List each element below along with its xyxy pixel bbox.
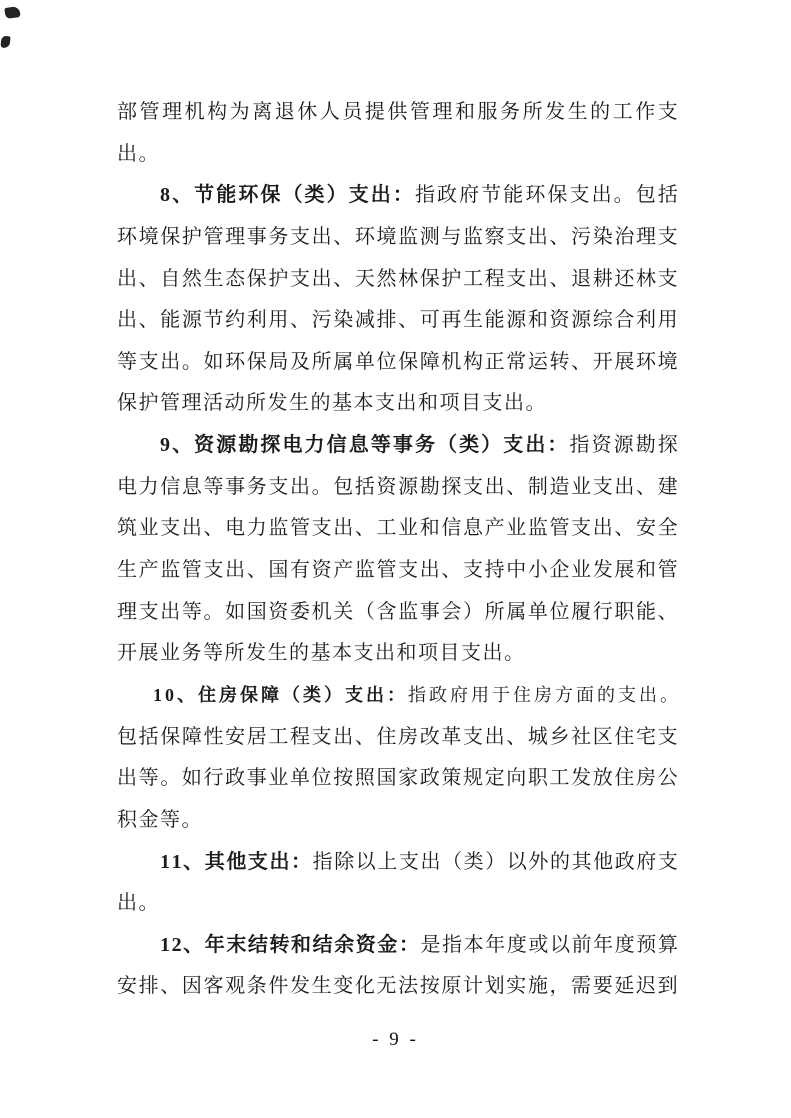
text-line: 出。 [117,134,678,176]
text-line: 出等。如行政事业单位按照国家政策规定向职工发放住房公 [117,758,678,800]
text-line: 安排、因客观条件发生变化无法按原计划实施，需要延迟到 [117,966,678,1008]
text-line: 开展业务等所发生的基本支出和项目支出。 [117,633,678,675]
text-line: 12、年末结转和结余资金：是指本年度或以前年度预算 [117,925,678,967]
text-line: 出、自然生态保护支出、天然林保护工程支出、退耕还林支 [117,259,678,301]
page-number: - 9 - [0,1029,791,1051]
text-line: 积金等。 [117,800,678,842]
text-line: 环境保护管理事务支出、环境监测与监察支出、污染治理支 [117,217,678,259]
text-line: 生产监管支出、国有资产监管支出、支持中小企业发展和管 [117,550,678,592]
text-line: 9、资源勘探电力信息等事务（类）支出：指资源勘探 [117,425,678,467]
text-line: 电力信息等事务支出。包括资源勘探支出、制造业支出、建 [117,467,678,509]
text-line: 保护管理活动所发生的基本支出和项目支出。 [117,383,678,425]
text-line: 8、节能环保（类）支出：指政府节能环保支出。包括 [117,175,678,217]
text-line: 出、能源节约利用、污染减排、可再生能源和资源综合利用 [117,300,678,342]
text-line: 包括保障性安居工程支出、住房改革支出、城乡社区住宅支 [117,717,678,759]
text-line: 11、其他支出：指除以上支出（类）以外的其他政府支 [117,842,678,884]
scan-artifact-mark [4,6,20,19]
text-line: 10、住房保障（类）支出：指政府用于住房方面的支出。 [117,675,678,717]
text-line: 出。 [117,883,678,925]
text-line: 等支出。如环保局及所属单位保障机构正常运转、开展环境 [117,342,678,384]
scan-artifact-mark [0,36,10,49]
body-text: 部管理机构为离退休人员提供管理和服务所发生的工作支出。8、节能环保（类）支出：指… [117,92,678,1008]
text-line: 部管理机构为离退休人员提供管理和服务所发生的工作支 [117,92,678,134]
document-page: 部管理机构为离退休人员提供管理和服务所发生的工作支出。8、节能环保（类）支出：指… [0,0,791,1118]
text-line: 筑业支出、电力监管支出、工业和信息产业监管支出、安全 [117,508,678,550]
text-line: 理支出等。如国资委机关（含监事会）所属单位履行职能、 [117,592,678,634]
